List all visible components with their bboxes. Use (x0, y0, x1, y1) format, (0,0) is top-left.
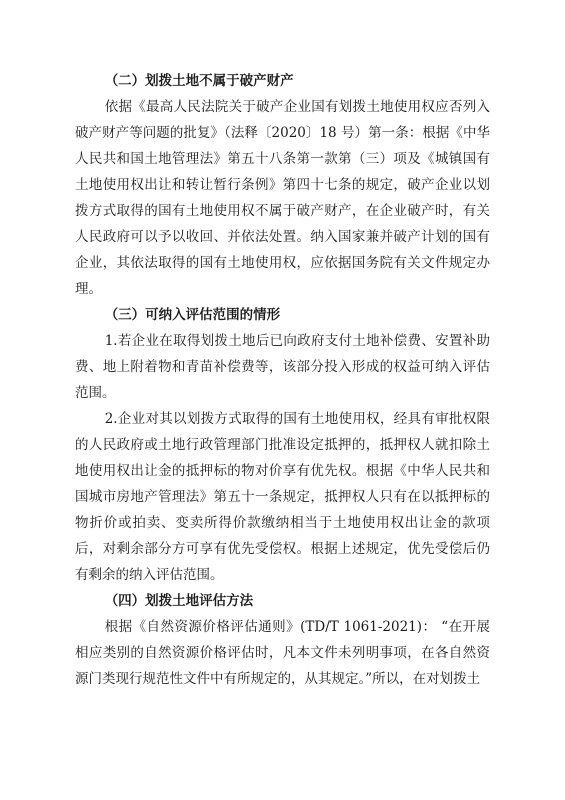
section-heading-3: （三）可纳入评估范围的情形 (75, 302, 490, 328)
section-2-paragraph-1: 依据《最高人民法院关于破产企业国有划拨土地使用权应否列入破产财产等问题的批复》（… (75, 94, 490, 302)
section-4-paragraph-1: 根据《自然资源价格评估通则》(TD/T 1061-2021)： “在开展相应类别… (75, 614, 490, 692)
section-heading-2: （二）划拨土地不属于破产财产 (75, 68, 490, 94)
section-3-paragraph-2: 2.企业对其以划拨方式取得的国有土地使用权，经具有审批权限的人民政府或土地行政管… (75, 406, 490, 588)
document-page: （二）划拨土地不属于破产财产 依据《最高人民法院关于破产企业国有划拨土地使用权应… (0, 0, 565, 800)
section-heading-4: （四）划拨土地评估方法 (75, 588, 490, 614)
section-3-paragraph-1: 1.若企业在取得划拨土地后已向政府支付土地补偿费、安置补助费、地上附着物和青苗补… (75, 328, 490, 406)
